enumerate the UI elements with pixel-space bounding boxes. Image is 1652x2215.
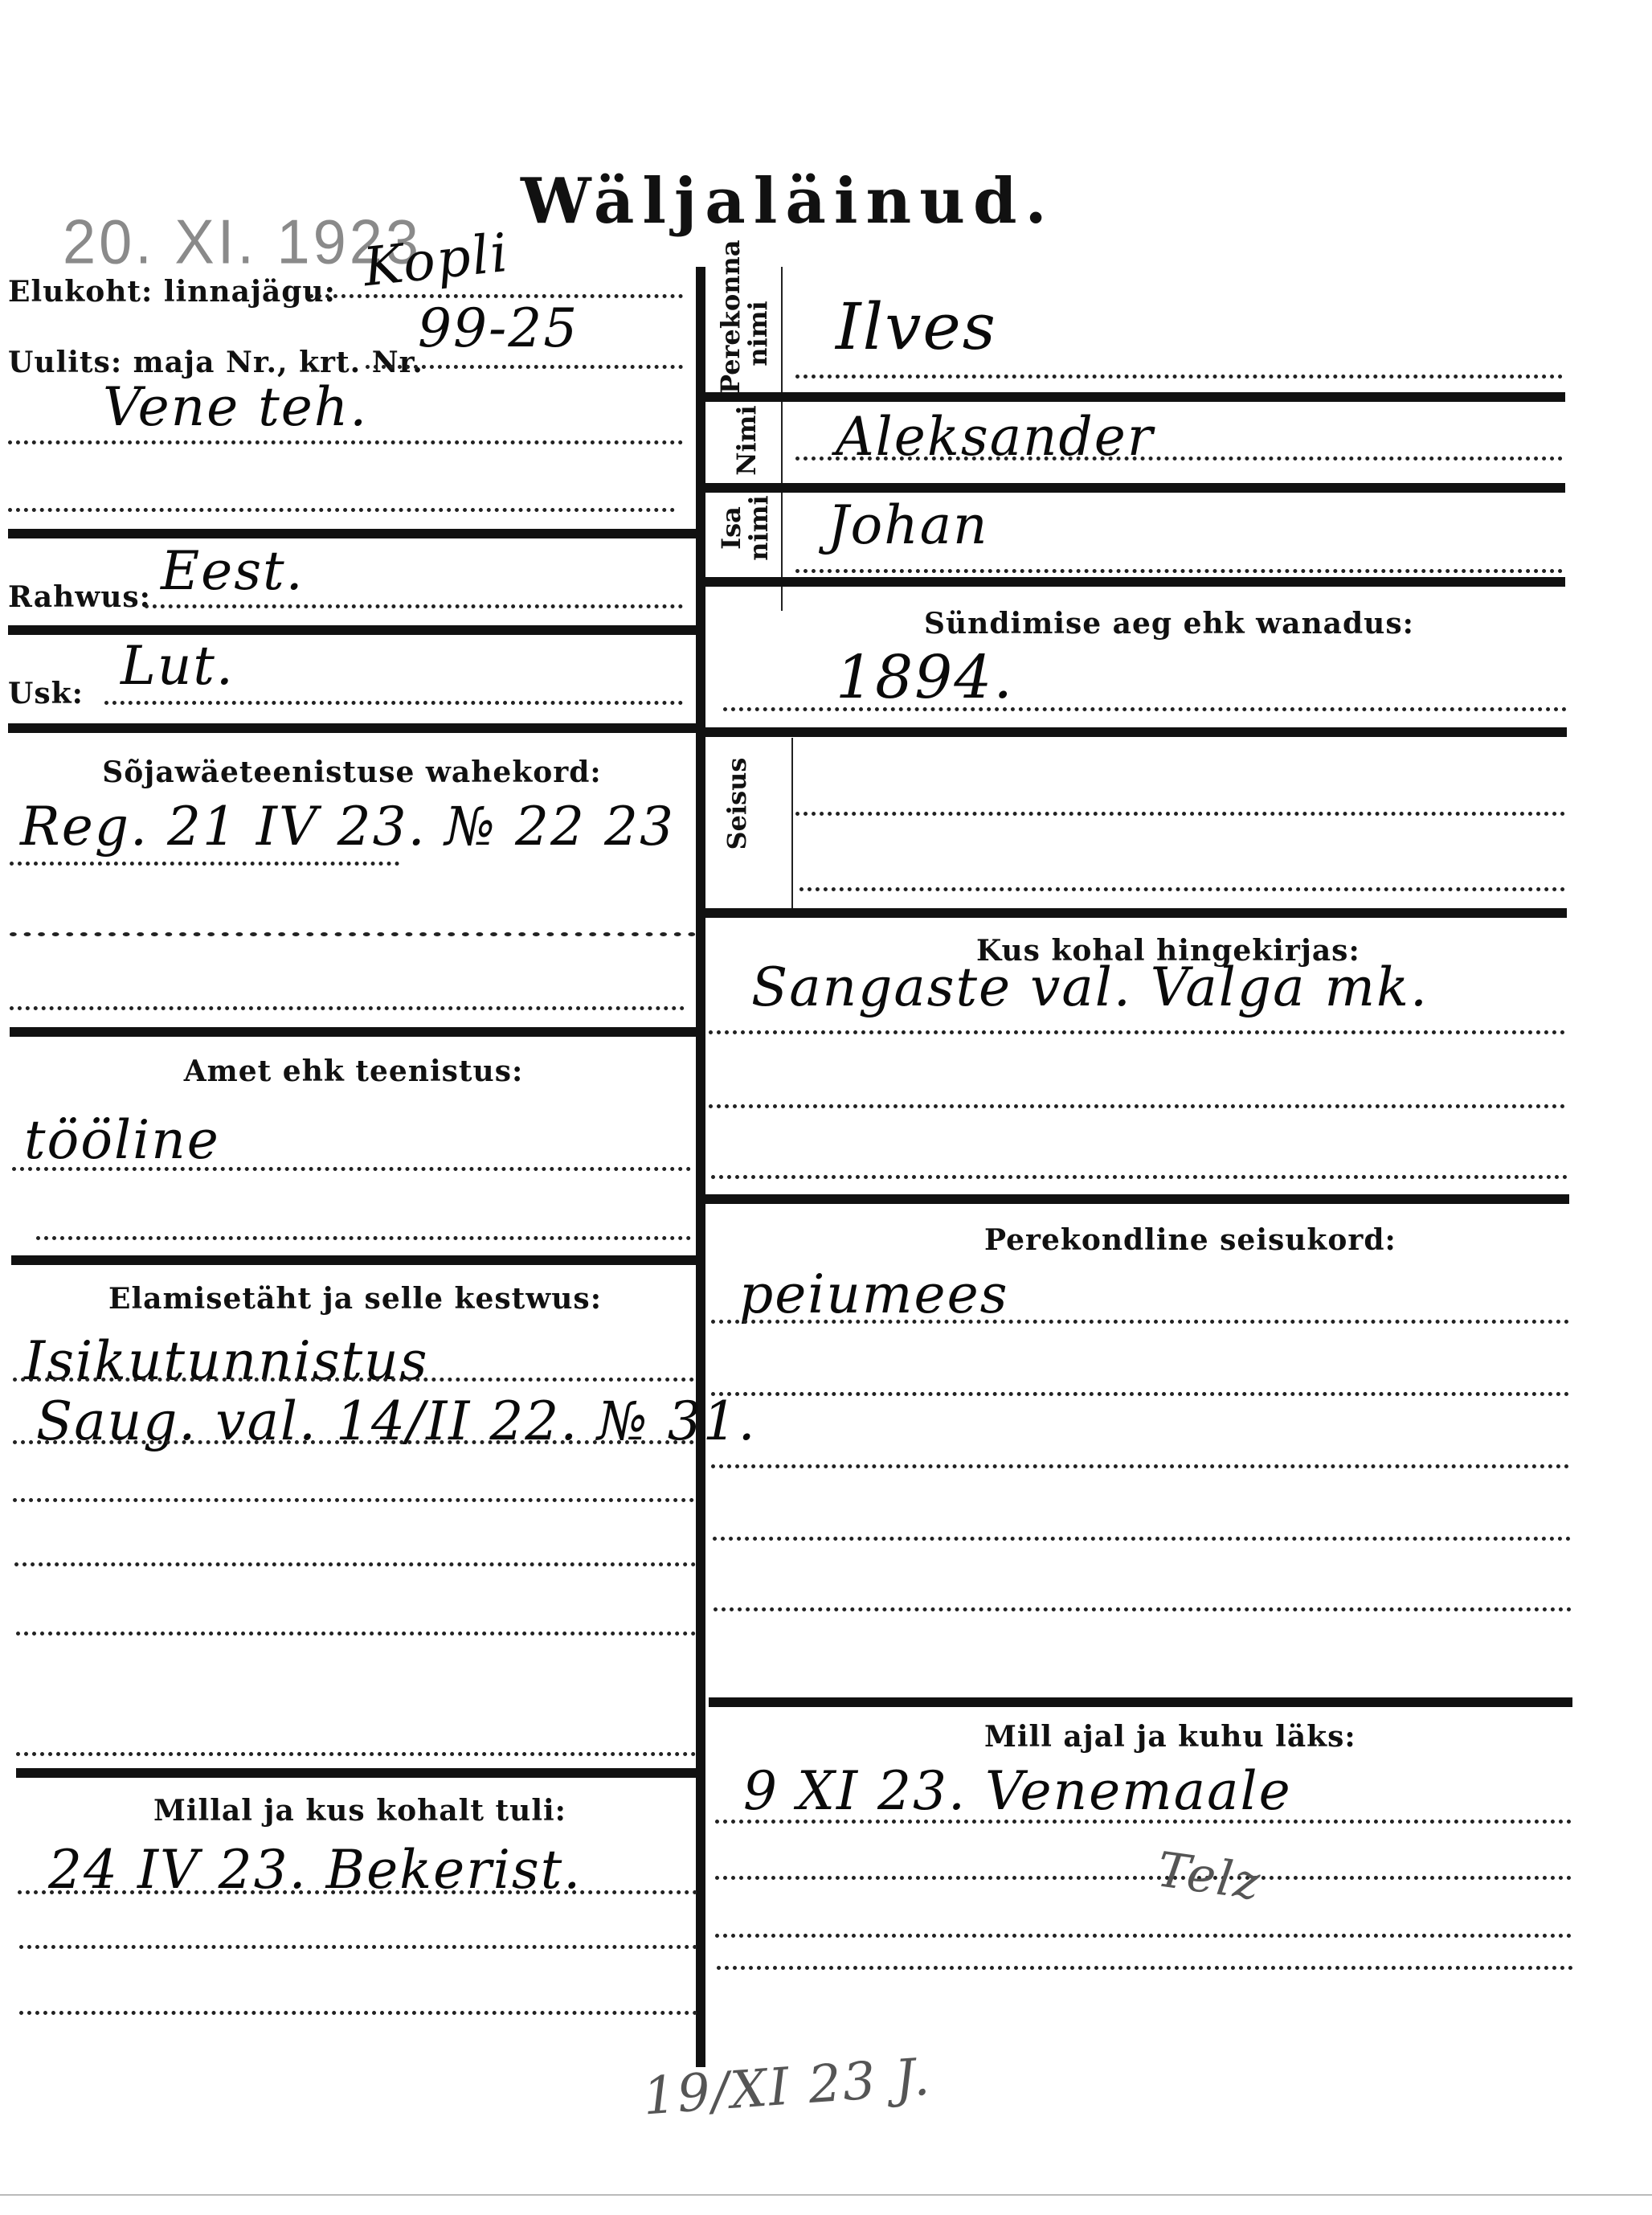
departure-label: Mill ajal ja kuhu läks:	[984, 1720, 1356, 1754]
arrival-line-2	[19, 1945, 697, 1949]
registry-line-2	[709, 1104, 1565, 1108]
father-name-line	[795, 569, 1563, 573]
section-divider	[8, 529, 696, 538]
section-divider	[705, 577, 1565, 587]
departure-line	[715, 1820, 1572, 1824]
paper-edge	[0, 2194, 1652, 2196]
departure-value: 9 XI 23. Venemaale	[743, 1760, 1292, 1822]
religion-value: Lut.	[121, 635, 235, 697]
surname-label-line1: Perekonna	[715, 240, 746, 394]
registry-line	[709, 1030, 1565, 1034]
family-line-2	[711, 1392, 1569, 1396]
status-label: Seisus	[723, 739, 750, 868]
birth-value: 1894.	[836, 643, 1014, 712]
surname-label-line2: nimi	[742, 301, 773, 366]
residence-permit-dotline-6	[16, 1752, 696, 1756]
house-number-value: 99-25	[418, 297, 579, 359]
section-divider	[10, 1027, 696, 1037]
registry-value: Sangaste val. Valga mk.	[751, 956, 1429, 1018]
document-title: Wäljaläinud.	[521, 165, 1055, 238]
family-line-3	[711, 1464, 1569, 1468]
street-line	[366, 365, 683, 369]
father-name-label: Isa nimi	[718, 484, 772, 572]
father-name-label-line2: nimi	[743, 495, 774, 560]
religion-label: Usk:	[8, 677, 84, 710]
registry-line-3	[711, 1175, 1568, 1179]
section-divider	[16, 1768, 696, 1778]
street-label: Uulits: maja Nr., krt. Nr.	[8, 346, 423, 379]
residence-permit-line1: Isikutunnistus	[24, 1330, 428, 1392]
military-line-3	[10, 1006, 685, 1010]
family-line	[711, 1320, 1569, 1324]
first-name-line	[795, 457, 1563, 461]
residence-permit-dotline	[13, 1378, 694, 1382]
residence-permit-dotline-5	[16, 1632, 696, 1636]
birth-label: Sündimise aeg ehk wanadus:	[924, 607, 1414, 641]
occupation-line-2	[36, 1236, 691, 1240]
military-value: Reg. 21 IV 23. № 22 23	[20, 796, 675, 858]
birth-line	[723, 707, 1567, 711]
occupation-label: Amet ehk teenistus:	[10, 1054, 697, 1088]
arrival-label: Millal ja kus kohalt tuli:	[16, 1794, 704, 1828]
family-label: Perekondline seisukord:	[984, 1223, 1396, 1257]
residence-label: Elukoht: linnajägu:	[8, 275, 336, 309]
family-value: peiumees	[739, 1263, 1009, 1325]
street-line-2	[8, 440, 683, 444]
section-divider	[709, 1697, 1572, 1707]
residence-permit-label: Elamisetäht ja selle kestwus:	[11, 1282, 699, 1316]
residence-permit-dotline-4	[14, 1562, 696, 1566]
section-divider	[705, 1194, 1569, 1204]
family-line-4	[713, 1537, 1571, 1541]
street-value: Vene teh.	[103, 376, 368, 438]
occupation-value: tööline	[24, 1109, 220, 1171]
occupation-line	[12, 1167, 691, 1171]
father-name-label-line1: Isa	[716, 506, 746, 550]
residence-permit-dotline-2	[13, 1440, 694, 1444]
section-divider	[705, 727, 1567, 737]
military-label: Sõjawäeteenistuse wahekord:	[8, 755, 696, 789]
status-line	[795, 812, 1565, 816]
military-line	[10, 862, 399, 866]
arrival-line-3	[19, 2011, 697, 2015]
surname-line	[795, 375, 1563, 379]
military-line-2	[10, 932, 696, 936]
departure-line-3	[715, 1934, 1572, 1938]
first-name-label: Nimi	[733, 400, 760, 481]
surname-value: Ilves	[836, 289, 997, 364]
family-line-5	[714, 1607, 1572, 1611]
label-strip-line-status	[791, 738, 793, 908]
religion-line	[104, 701, 683, 705]
section-divider	[11, 1255, 696, 1265]
section-divider	[705, 483, 1565, 493]
section-divider	[8, 625, 696, 635]
surname-label: Perekonna nimi	[717, 273, 771, 394]
nationality-line	[145, 604, 683, 608]
section-divider	[705, 908, 1567, 918]
street-line-3	[8, 508, 675, 512]
section-divider	[8, 723, 696, 733]
label-strip-line	[781, 267, 783, 611]
section-divider	[705, 392, 1565, 402]
footer-note: 19/XI 23 J.	[641, 2048, 933, 2127]
status-line-2	[799, 887, 1565, 891]
departure-line-4	[717, 1966, 1573, 1970]
nationality-label: Rahwus:	[8, 580, 151, 614]
nationality-value: Eest.	[161, 540, 305, 602]
father-name-value: Johan	[828, 494, 989, 556]
arrival-line	[18, 1890, 697, 1894]
residence-permit-dotline-3	[13, 1498, 694, 1502]
departure-line-2	[715, 1876, 1572, 1880]
official-signature: Telz	[1154, 1841, 1265, 1911]
